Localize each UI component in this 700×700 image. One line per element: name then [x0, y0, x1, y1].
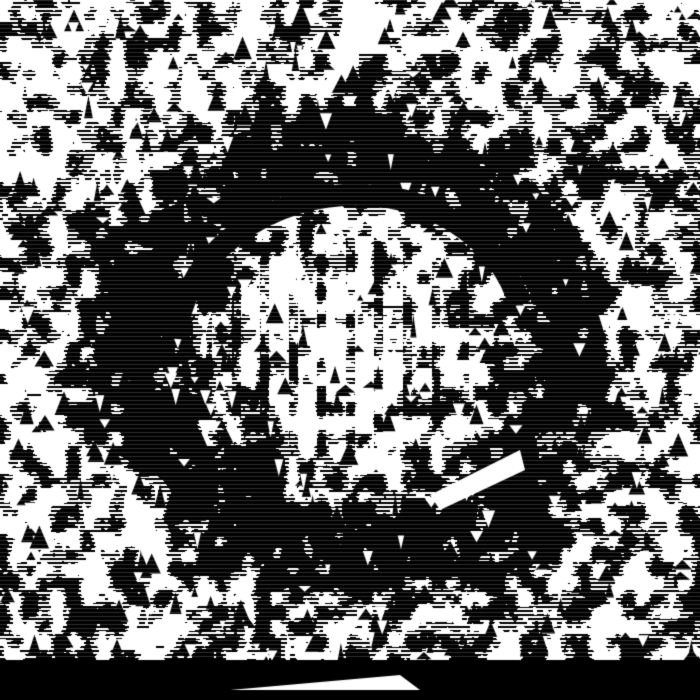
glitch-artwork-canvas: [0, 0, 700, 700]
artwork-frame: Abstract black-and-white glitch artwork:…: [0, 0, 700, 700]
